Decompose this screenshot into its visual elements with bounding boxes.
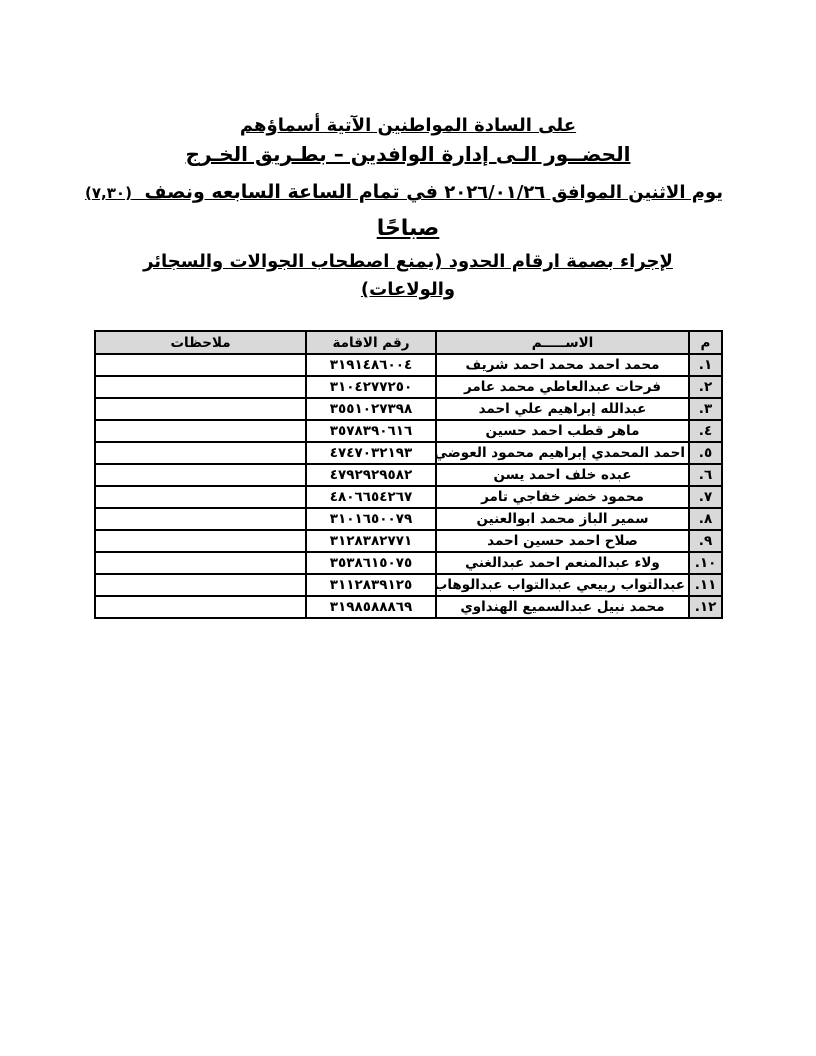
- row-number-cell: ٩.: [689, 530, 722, 552]
- column-header-notes: ملاحظات: [95, 331, 306, 354]
- heading-addressees: على السادة المواطنين الآتية أسماؤهم: [93, 112, 723, 139]
- row-number-cell: ٧.: [689, 486, 722, 508]
- row-number-cell: ٦.: [689, 464, 722, 486]
- row-number-cell: ١١.: [689, 574, 722, 596]
- row-number-cell: ٤.: [689, 420, 722, 442]
- name-cell: محمود خضر خفاجي تامر: [436, 486, 689, 508]
- iqama-cell: ٣١٢٨٣٨٢٧٧١: [306, 530, 436, 552]
- heading-block: على السادة المواطنين الآتية أسماؤهم الحض…: [93, 112, 723, 304]
- iqama-cell: ٣١٩١٤٨٦٠٠٤: [306, 354, 436, 376]
- iqama-cell: ٣١٠١٦٥٠٠٧٩: [306, 508, 436, 530]
- table-row: ١٠. ولاء عبدالمنعم احمد عبدالغني ٣٥٣٨٦١٥…: [95, 552, 722, 574]
- notes-cell: [95, 552, 306, 574]
- row-number-cell: ٣.: [689, 398, 722, 420]
- iqama-cell: ٣١١٢٨٣٩١٢٥: [306, 574, 436, 596]
- iqama-cell: ٣١٩٨٥٨٨٨٦٩: [306, 596, 436, 618]
- iqama-cell: ٤٧٩٢٩٢٩٥٨٢: [306, 464, 436, 486]
- document-page: على السادة المواطنين الآتية أسماؤهم الحض…: [0, 0, 816, 1056]
- name-cell: سمير الباز محمد ابوالعنين: [436, 508, 689, 530]
- notes-cell: [95, 376, 306, 398]
- heading-date-time: يوم الاثنين الموافق ٢٠٢٦/٠١/٢٦ في تمام ا…: [93, 177, 723, 208]
- notes-cell: [95, 420, 306, 442]
- name-cell: محمد احمد محمد احمد شريف: [436, 354, 689, 376]
- row-number-cell: ١٠.: [689, 552, 722, 574]
- notes-cell: [95, 398, 306, 420]
- heading-morning: صباحًا: [93, 214, 723, 244]
- table-row: ٣. عبدالله إبراهيم علي احمد ٣٥٥١٠٢٧٣٩٨: [95, 398, 722, 420]
- table-row: ٥. احمد المحمدي إبراهيم محمود العوضي ٤٧٤…: [95, 442, 722, 464]
- iqama-cell: ٣٥٧٨٣٩٠٦١٦: [306, 420, 436, 442]
- roster-table: م الاســـــم رقم الاقامة ملاحظات ١. محمد…: [94, 330, 723, 619]
- name-cell: احمد المحمدي إبراهيم محمود العوضي: [436, 442, 689, 464]
- table-row: ١٢. محمد نبيل عبدالسميع الهنداوي ٣١٩٨٥٨٨…: [95, 596, 722, 618]
- notes-cell: [95, 442, 306, 464]
- notes-cell: [95, 596, 306, 618]
- column-header-iqama: رقم الاقامة: [306, 331, 436, 354]
- appointment-date: ٢٠٢٦/٠١/٢٦: [444, 182, 545, 203]
- heading-morning-text: صباحًا: [377, 216, 440, 241]
- column-header-name: الاســـــم: [436, 331, 689, 354]
- heading-purpose: لإجراء بصمة ارقام الحدود (يمنع اصطحاب ال…: [93, 248, 723, 304]
- appointment-time-words: في تمام الساعة السابعه ونصف: [144, 181, 437, 203]
- name-cell: عبدالتواب ربيعي عبدالتواب عبدالوهاب: [436, 574, 689, 596]
- row-number-cell: ١.: [689, 354, 722, 376]
- row-number-cell: ٥.: [689, 442, 722, 464]
- table-row: ١. محمد احمد محمد احمد شريف ٣١٩١٤٨٦٠٠٤: [95, 354, 722, 376]
- name-cell: ماهر قطب احمد حسين: [436, 420, 689, 442]
- table-row: ٩. صلاح احمد حسين احمد ٣١٢٨٣٨٢٧٧١: [95, 530, 722, 552]
- heading-addressees-text: على السادة المواطنين الآتية أسماؤهم: [240, 115, 576, 136]
- name-cell: عبدالله إبراهيم علي احمد: [436, 398, 689, 420]
- row-number-cell: ٢.: [689, 376, 722, 398]
- name-cell: ولاء عبدالمنعم احمد عبدالغني: [436, 552, 689, 574]
- row-number-cell: ٨.: [689, 508, 722, 530]
- table-row: ١١. عبدالتواب ربيعي عبدالتواب عبدالوهاب …: [95, 574, 722, 596]
- name-cell: صلاح احمد حسين احمد: [436, 530, 689, 552]
- document-content: على السادة المواطنين الآتية أسماؤهم الحض…: [93, 0, 723, 619]
- heading-date-time-text: يوم الاثنين الموافق ٢٠٢٦/٠١/٢٦ في تمام ا…: [85, 182, 723, 203]
- heading-attend-location-text: الحضــور الـى إدارة الوافدين – بطـريق ال…: [186, 142, 631, 166]
- heading-purpose-text: لإجراء بصمة ارقام الحدود (يمنع اصطحاب ال…: [143, 251, 673, 300]
- iqama-cell: ٤٧٤٧٠٣٢١٩٣: [306, 442, 436, 464]
- table-header-row: م الاســـــم رقم الاقامة ملاحظات: [95, 331, 722, 354]
- name-cell: محمد نبيل عبدالسميع الهنداوي: [436, 596, 689, 618]
- table-row: ٢. فرحات عبدالعاطي محمد عامر ٣١٠٤٢٧٧٢٥٠: [95, 376, 722, 398]
- notes-cell: [95, 574, 306, 596]
- iqama-cell: ٣٥٣٨٦١٥٠٧٥: [306, 552, 436, 574]
- name-cell: فرحات عبدالعاطي محمد عامر: [436, 376, 689, 398]
- name-cell: عبده خلف احمد يسن: [436, 464, 689, 486]
- iqama-cell: ٣١٠٤٢٧٧٢٥٠: [306, 376, 436, 398]
- iqama-cell: ٣٥٥١٠٢٧٣٩٨: [306, 398, 436, 420]
- table-row: ٨. سمير الباز محمد ابوالعنين ٣١٠١٦٥٠٠٧٩: [95, 508, 722, 530]
- notes-cell: [95, 354, 306, 376]
- notes-cell: [95, 530, 306, 552]
- appointment-time-numeric: (٧,٣٠): [85, 184, 132, 202]
- table-row: ٤. ماهر قطب احمد حسين ٣٥٧٨٣٩٠٦١٦: [95, 420, 722, 442]
- heading-attend-location: الحضــور الـى إدارة الوافدين – بطـريق ال…: [93, 139, 723, 169]
- notes-cell: [95, 486, 306, 508]
- column-header-number: م: [689, 331, 722, 354]
- table-row: ٦. عبده خلف احمد يسن ٤٧٩٢٩٢٩٥٨٢: [95, 464, 722, 486]
- row-number-cell: ١٢.: [689, 596, 722, 618]
- table-row: ٧. محمود خضر خفاجي تامر ٤٨٠٦٦٥٤٢٦٧: [95, 486, 722, 508]
- iqama-cell: ٤٨٠٦٦٥٤٢٦٧: [306, 486, 436, 508]
- date-line-prefix: يوم الاثنين الموافق: [545, 182, 723, 203]
- notes-cell: [95, 464, 306, 486]
- notes-cell: [95, 508, 306, 530]
